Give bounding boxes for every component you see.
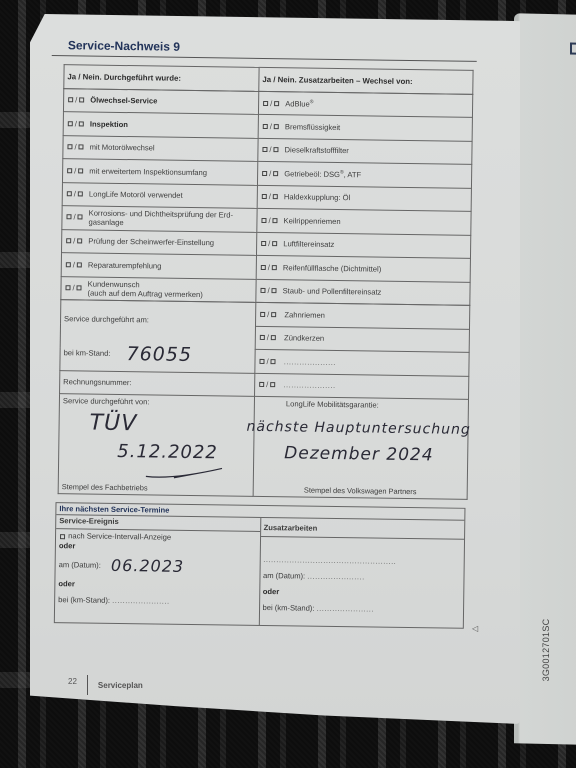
performed-item-cell: /Kundenwunsch(auch auf dem Auftrag verme… — [61, 276, 256, 302]
yes-checkbox[interactable] — [262, 147, 267, 152]
no-checkbox[interactable] — [272, 265, 277, 270]
extra-item-cell: /AdBlue® — [258, 91, 472, 117]
workshop-stamp-label: Stempel des Fachbetriebs — [62, 482, 148, 492]
extra-item-label: Reifenfüllflasche (Dichtmittel) — [283, 263, 381, 273]
extra-item-label: Zündkerzen — [284, 334, 324, 344]
next-date-row: am (Datum): 06.2023 — [59, 557, 257, 576]
next-date-value[interactable]: 06.2023 — [111, 556, 184, 576]
extra-item-cell: /Reifenfüllflasche (Dichtmittel) — [256, 255, 470, 281]
no-checkbox[interactable] — [271, 312, 276, 317]
yes-no-checkbox[interactable]: / — [259, 286, 277, 295]
performed-item-cell: /mit erweitertem Inspektionsumfang — [62, 159, 257, 185]
extra-km-label: bei (km-Stand): — [263, 603, 315, 613]
service-date-label: Service durchgeführt am: — [64, 314, 252, 327]
performed-item-cell: /Ölwechsel-Service — [63, 88, 258, 114]
yes-no-checkbox[interactable]: / — [261, 145, 279, 154]
yes-checkbox[interactable] — [259, 359, 264, 364]
yes-checkbox[interactable] — [260, 335, 265, 340]
extra-date-label: am (Datum): — [263, 571, 305, 581]
handwritten-note-line-2: Dezember 2024 — [284, 443, 434, 465]
no-checkbox[interactable] — [270, 382, 275, 387]
extra-item-label: Keilrippenriemen — [284, 216, 341, 226]
extra-item-blank[interactable]: .................... — [283, 381, 335, 391]
yes-no-checkbox[interactable]: / — [260, 263, 278, 272]
extra-item-cell: /Luftfiltereinsatz — [256, 232, 470, 258]
separator: / — [75, 119, 77, 128]
performed-item-label: Prüfung der Scheinwerfer-Einstellung — [88, 237, 214, 248]
no-checkbox[interactable] — [274, 147, 279, 152]
performed-item-label: LongLife Motoröl verwendet — [89, 190, 183, 200]
extra-item-label: Zahnriemen — [284, 310, 325, 320]
no-checkbox[interactable] — [272, 241, 277, 246]
extra-km-blank[interactable]: ...................... — [317, 604, 375, 614]
performed-by-cell: Service durchgeführt von: TÜV 5.12.2022 … — [58, 394, 254, 497]
yes-no-checkbox[interactable]: / — [66, 189, 84, 198]
service-record-form: Service-Nachweis 9 Ja / Nein. Durchgefüh… — [44, 38, 482, 629]
extra-item-label: Dieselkraftstofffilter — [285, 146, 349, 156]
no-checkbox[interactable] — [273, 171, 278, 176]
extra-item-label: Haldexkupplung: Öl — [284, 193, 350, 203]
no-checkbox[interactable] — [273, 194, 278, 199]
no-checkbox[interactable] — [79, 98, 84, 103]
mobility-guarantee-cell: LongLife Mobilitätsgarantie: nächste Hau… — [253, 396, 468, 499]
separator: / — [270, 99, 272, 108]
signature-flourish — [144, 465, 224, 480]
handwritten-note-line-1: nächste Hauptuntersuchung — [246, 419, 470, 438]
yes-no-checkbox[interactable]: / — [64, 283, 82, 292]
invoice-number-cell: Rechnungsnummer: — [60, 370, 255, 396]
km-label: bei km-Stand: — [64, 348, 111, 358]
or-label: oder — [263, 587, 461, 600]
yes-checkbox[interactable] — [67, 144, 72, 149]
separator: / — [268, 216, 270, 225]
no-checkbox[interactable] — [78, 192, 83, 197]
yes-checkbox[interactable] — [261, 265, 266, 270]
service-details-table: Service durchgeführt am: bei km-Stand: 7… — [58, 299, 471, 500]
document-code-text: 3G0012701SC — [541, 619, 551, 682]
separator: / — [269, 192, 271, 201]
extra-work-column: Zusatzarbeiten .........................… — [258, 518, 464, 628]
separator: / — [73, 237, 75, 246]
yes-checkbox[interactable] — [260, 312, 265, 317]
separator: / — [74, 190, 76, 199]
extra-item-row: / .................... — [255, 373, 469, 399]
no-checkbox[interactable] — [79, 145, 84, 150]
separator: / — [269, 145, 271, 154]
yes-checkbox[interactable] — [261, 241, 266, 246]
separator: / — [73, 260, 75, 269]
or-label: oder — [58, 579, 256, 592]
separator: / — [75, 96, 77, 105]
yes-no-checkbox[interactable]: / — [261, 169, 279, 178]
no-checkbox[interactable] — [79, 121, 84, 126]
yes-checkbox[interactable] — [263, 124, 268, 129]
separator: / — [268, 263, 270, 272]
extra-date-blank[interactable]: ...................... — [307, 572, 365, 582]
separator: / — [267, 286, 269, 295]
yes-checkbox[interactable] — [261, 218, 266, 223]
left-column-header: Ja / Nein. Durchgeführt wurde: — [64, 65, 259, 91]
yes-checkbox[interactable] — [68, 121, 73, 126]
yes-no-checkbox[interactable]: / — [259, 310, 277, 319]
no-checkbox[interactable] — [273, 218, 278, 223]
extra-item-cell: /Bremsflüssigkeit — [258, 114, 472, 140]
performed-item-label: Ölwechsel-Service — [90, 96, 157, 106]
yes-no-checkbox[interactable]: / — [66, 142, 84, 151]
yes-checkbox[interactable] — [260, 288, 265, 293]
mobility-guarantee-label: LongLife Mobilitätsgarantie: — [286, 399, 379, 409]
service-checklist-rows: /Ölwechsel-Service/AdBlue®/Inspektion/Br… — [60, 88, 473, 306]
yes-no-checkbox[interactable]: / — [260, 239, 278, 248]
continue-triangle-icon: ◁ — [472, 624, 478, 633]
next-km-row: bei (km-Stand): ...................... — [58, 595, 256, 608]
performed-item-cell: /Prüfung der Scheinwerfer-Einstellung — [62, 229, 257, 255]
performed-item-label: Reparaturempfehlung — [88, 260, 162, 270]
document-code: 3G0012701SC — [536, 610, 556, 690]
yes-no-checkbox[interactable]: / — [262, 98, 280, 107]
no-checkbox[interactable] — [77, 285, 82, 290]
next-km-label: bei (km-Stand): — [58, 595, 110, 605]
yes-checkbox[interactable] — [259, 382, 264, 387]
performed-item-label: mit Motorölwechsel — [90, 143, 155, 153]
invoice-number-label: Rechnungsnummer: — [63, 377, 132, 387]
no-checkbox[interactable] — [271, 335, 276, 340]
extra-item-label: Staub- und Pollenfiltereinsatz — [283, 286, 382, 296]
service-event-column: Service-Ereignis nach Service-Intervall-… — [55, 515, 260, 625]
yes-checkbox[interactable] — [68, 97, 73, 102]
extra-item-cell: /Keilrippenriemen — [257, 208, 471, 234]
performed-date-value[interactable]: 5.12.2022 — [117, 441, 218, 463]
extra-item-cell: /Haldexkupplung: Öl — [257, 185, 471, 211]
yes-no-checkbox[interactable]: / — [259, 333, 277, 342]
page-footer: 22 Serviceplan — [68, 675, 143, 695]
extra-item-row: / .................... — [255, 349, 469, 375]
yes-checkbox[interactable] — [66, 238, 71, 243]
corner-mark — [570, 42, 576, 54]
yes-checkbox[interactable] — [262, 171, 267, 176]
yes-checkbox[interactable] — [66, 262, 71, 267]
performed-item-label: mit erweitertem Inspektionsumfang — [89, 166, 207, 177]
extra-item-blank[interactable]: .................... — [284, 357, 336, 367]
service-date-cell: Service durchgeführt am: bei km-Stand: 7… — [60, 300, 256, 373]
extra-work-blank[interactable]: ........................................… — [263, 555, 396, 566]
no-checkbox[interactable] — [78, 215, 83, 220]
extra-item-label: Bremsflüssigkeit — [285, 122, 340, 132]
separator: / — [74, 166, 76, 175]
yes-no-checkbox[interactable]: / — [262, 122, 280, 131]
extra-item-row: / Zündkerzen — [255, 326, 469, 352]
separator: / — [269, 169, 271, 178]
interval-checkbox[interactable] — [60, 534, 65, 539]
performed-by-value[interactable]: TÜV — [89, 411, 137, 437]
performed-item-cell: /Inspektion — [63, 112, 258, 138]
interval-option-label: nach Service-Intervall-Anzeige — [68, 531, 171, 541]
yes-checkbox[interactable] — [67, 191, 72, 196]
no-checkbox[interactable] — [77, 262, 82, 267]
separator: / — [270, 122, 272, 131]
yes-checkbox[interactable] — [263, 100, 268, 105]
yes-no-checkbox[interactable]: / — [261, 192, 279, 201]
no-checkbox[interactable] — [274, 124, 279, 129]
no-checkbox[interactable] — [272, 288, 277, 293]
section-name: Serviceplan — [88, 681, 143, 690]
performed-item-label: Kundenwunsch(auch auf dem Auftrag vermer… — [88, 279, 203, 299]
or-label: oder — [59, 541, 257, 554]
extra-item-cell: /Dieselkraftstofffilter — [258, 138, 472, 164]
next-date-label: am (Datum): — [59, 560, 101, 570]
extra-item-label: Luftfiltereinsatz — [283, 239, 334, 249]
performed-item-cell: /Reparaturempfehlung — [61, 253, 256, 279]
performed-item-cell: /mit Motorölwechsel — [63, 135, 258, 161]
extra-km-row: bei (km-Stand): ...................... — [262, 603, 460, 616]
page-number: 22 — [68, 675, 88, 695]
yes-checkbox[interactable] — [65, 285, 70, 290]
extra-item-row: / Zahnriemen — [256, 302, 470, 328]
yes-no-checkbox[interactable]: / — [66, 166, 84, 175]
km-value[interactable]: 76055 — [126, 343, 192, 366]
performed-by-label: Service durchgeführt von: — [63, 396, 150, 406]
yes-checkbox[interactable] — [66, 214, 71, 219]
next-service-appointments: Ihre nächsten Service-Termine Service-Er… — [54, 502, 466, 629]
extra-work-row: ........................................… — [263, 555, 461, 568]
yes-checkbox[interactable] — [262, 194, 267, 199]
no-checkbox[interactable] — [271, 359, 276, 364]
yes-no-checkbox[interactable]: / — [65, 260, 83, 269]
next-km-blank[interactable]: ...................... — [112, 596, 170, 606]
separator: / — [268, 239, 270, 248]
partner-stamp-label: Stempel des Volkswagen Partners — [304, 486, 417, 497]
yes-no-checkbox[interactable]: / — [65, 236, 83, 245]
yes-no-checkbox[interactable]: / — [258, 357, 276, 366]
no-checkbox[interactable] — [77, 239, 82, 244]
performed-item-cell: /Korrosions- und Dichtheitsprüfung der E… — [62, 206, 257, 232]
performed-item-cell: /LongLife Motoröl verwendet — [62, 182, 257, 208]
performed-item-label: Inspektion — [90, 119, 128, 129]
extra-item-cell: /Getriebeöl: DSG®, ATF — [257, 161, 471, 187]
no-checkbox[interactable] — [78, 168, 83, 173]
extra-item-label: Getriebeöl: DSG®, ATF — [284, 169, 361, 179]
separator: / — [72, 283, 74, 292]
separator: / — [74, 143, 76, 152]
extra-date-row: am (Datum): ...................... — [263, 571, 461, 584]
yes-no-checkbox[interactable]: / — [67, 119, 85, 128]
yes-no-checkbox[interactable]: / — [67, 95, 85, 104]
yes-no-checkbox[interactable]: / — [258, 380, 276, 389]
no-checkbox[interactable] — [274, 101, 279, 106]
yes-checkbox[interactable] — [67, 168, 72, 173]
yes-no-checkbox[interactable]: / — [65, 212, 83, 221]
separator: / — [73, 213, 75, 222]
yes-no-checkbox[interactable]: / — [260, 216, 278, 225]
extra-item-label: AdBlue® — [285, 99, 313, 108]
performed-item-label: Korrosions- und Dichtheitsprüfung der Er… — [88, 209, 233, 229]
